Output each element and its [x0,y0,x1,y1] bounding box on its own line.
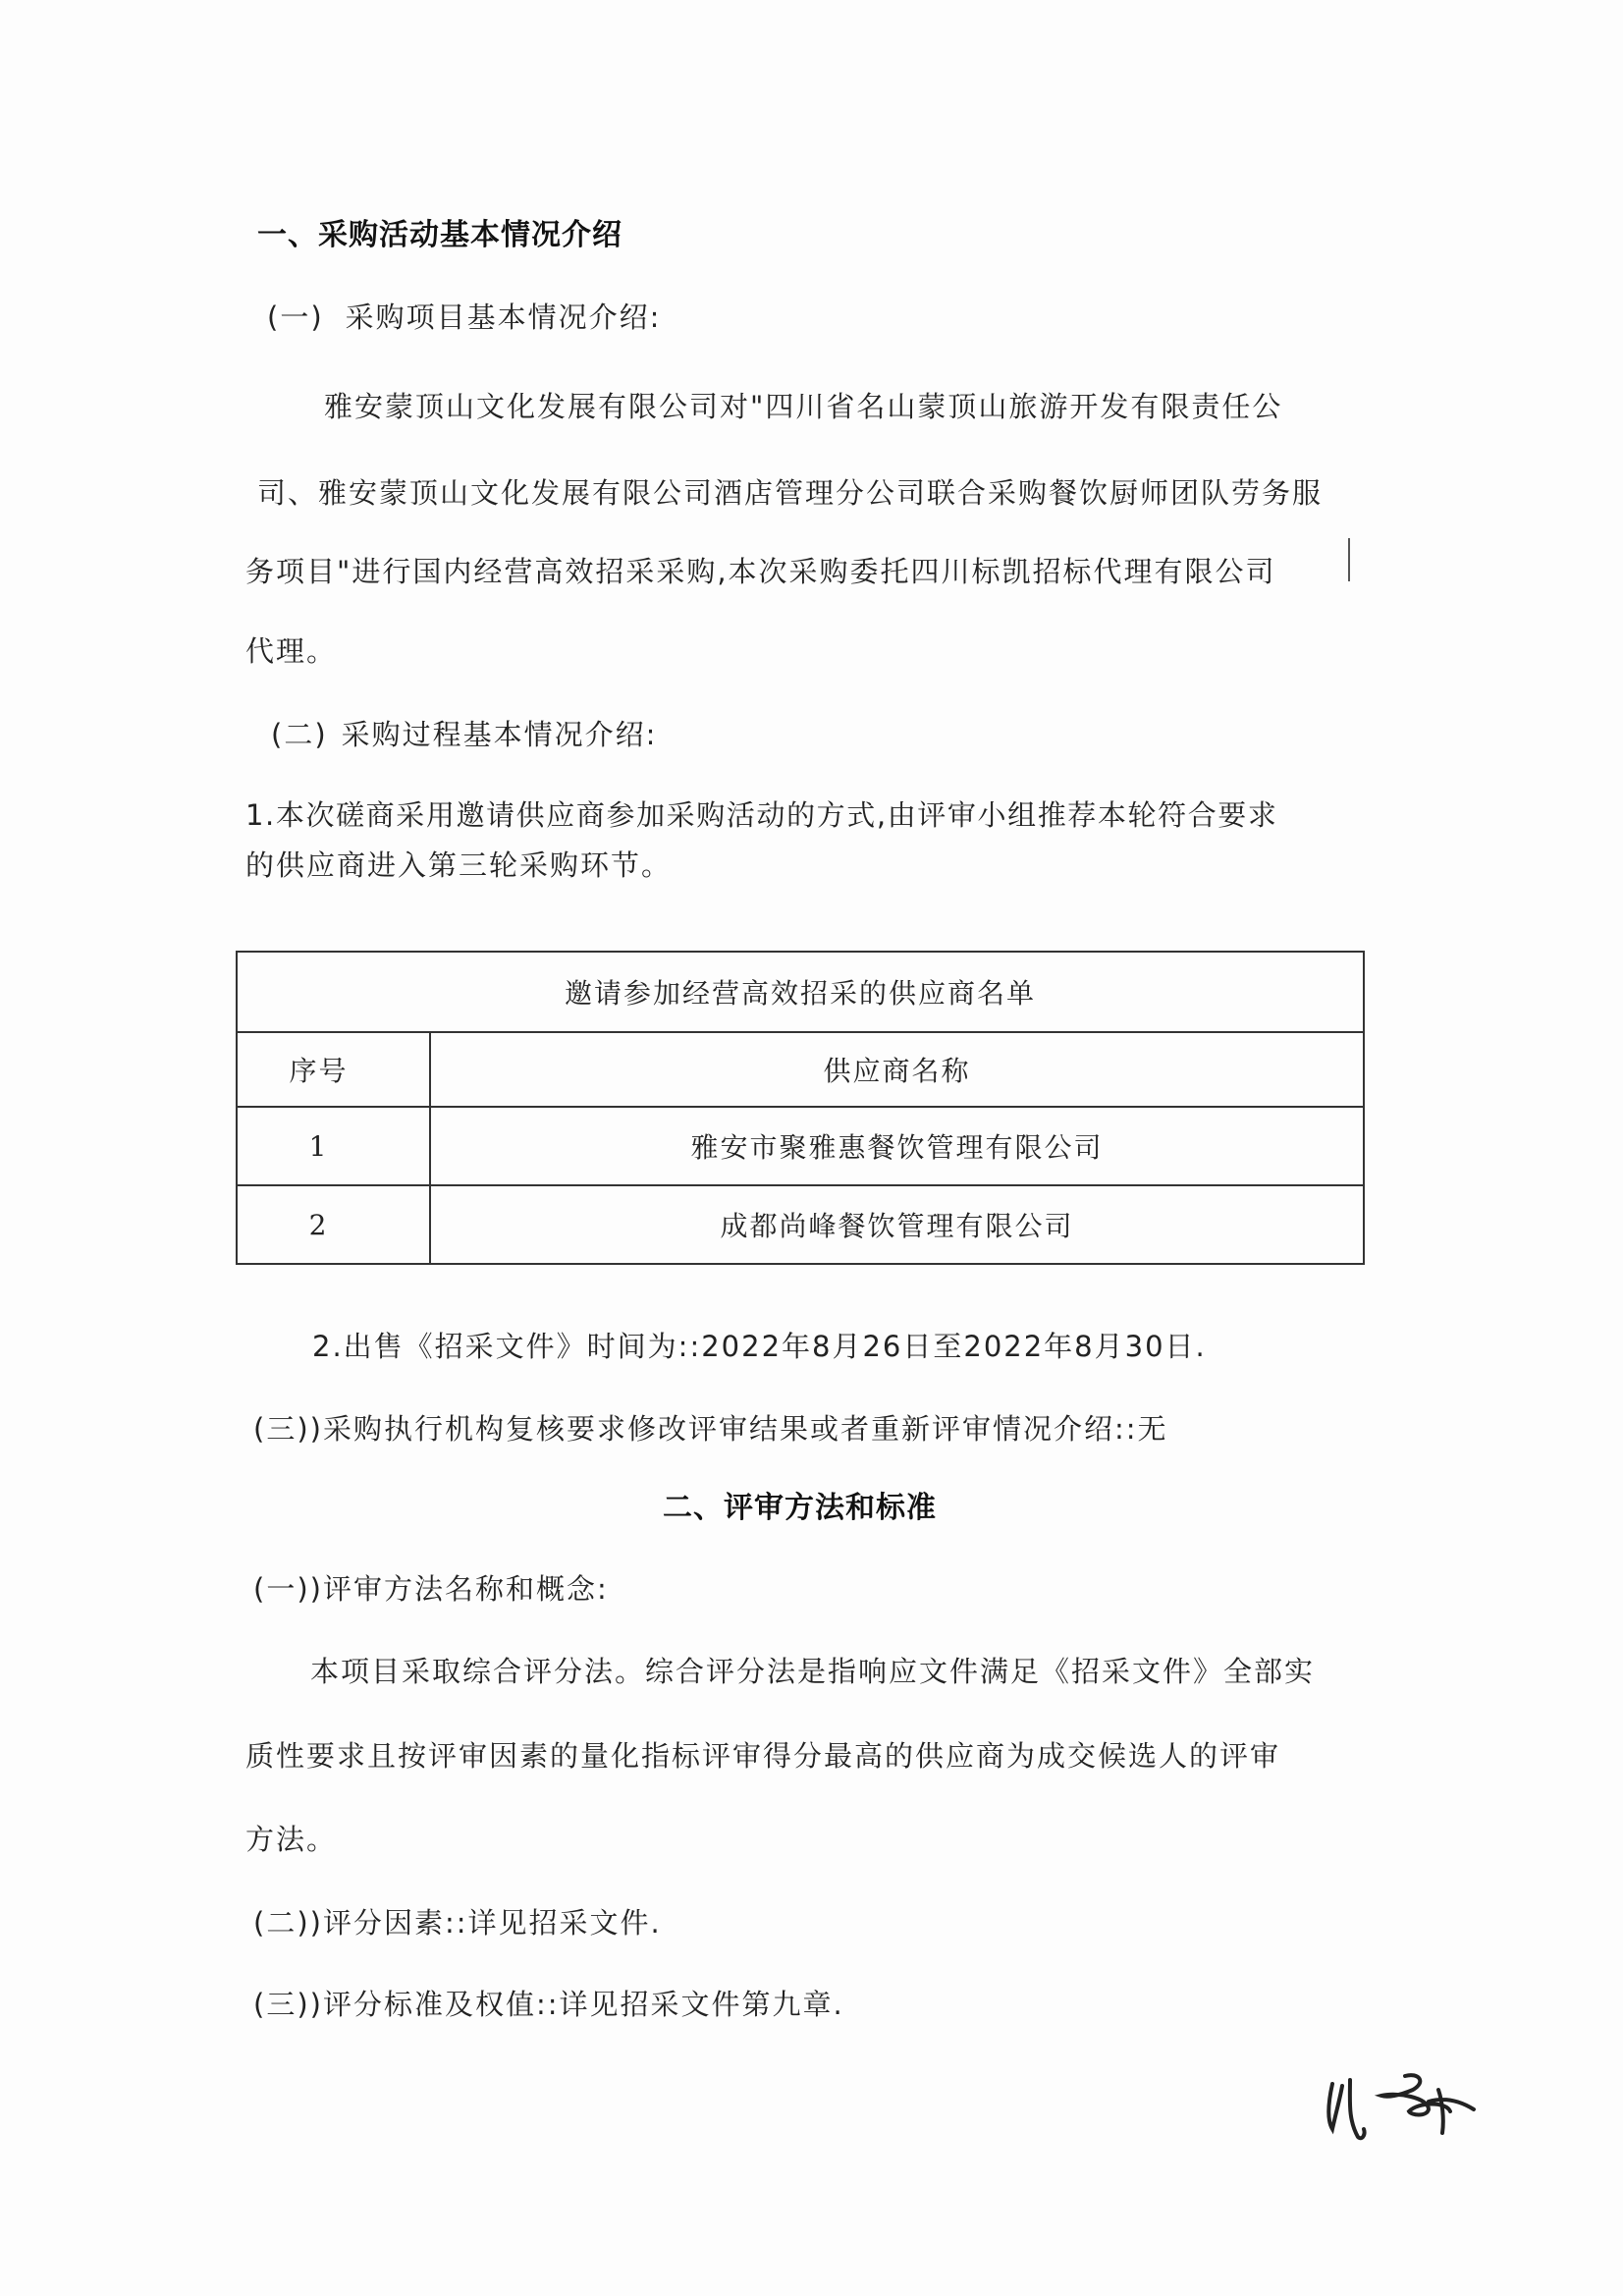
table-row: 1 雅安市聚雅惠餐饮管理有限公司 [237,1107,1364,1185]
section1-para-line-1: 雅安蒙顶山文化发展有限公司对"四川省名山蒙顶山旅游开发有限责任公 [324,389,1282,424]
section2-para-line-3: 方法。 [245,1822,337,1857]
table-header-index: 序号 [237,1032,430,1107]
section2-para-line-2: 质性要求且按评审因素的量化指标评审得分最高的供应商为成交候选人的评审 [245,1738,1280,1774]
section1-sub2-title: 采购过程基本情况介绍: [342,718,658,751]
supplier-table: 邀请参加经营高效招采的供应商名单 序号 供应商名称 1 雅安市聚雅惠餐饮管理有限… [236,951,1365,1265]
section1-para-line-4: 代理。 [245,633,337,669]
section1-sub1: (一)采购项目基本情况介绍: [267,300,661,335]
table-cell-index: 1 [237,1107,430,1185]
section1-item2: 2.出售《招采文件》时间为::2022年8月26日至2022年8月30日. [312,1329,1207,1364]
section1-sub1-title: 采购项目基本情况介绍: [346,301,662,334]
section2-sub3: (三))评分标准及权值::详见招采文件第九章. [253,1987,844,2022]
table-cell-index: 2 [237,1185,430,1264]
table-header-name: 供应商名称 [430,1032,1364,1107]
section2-heading: 二、评审方法和标准 [663,1491,937,1526]
section1-para-line-2: 司、雅安蒙顶山文化发展有限公司酒店管理分公司联合采购餐饮厨师团队劳务服 [257,475,1323,511]
section1-heading: 一、采购活动基本情况介绍 [257,218,622,253]
document-page: 一、采购活动基本情况介绍 (一)采购项目基本情况介绍: 雅安蒙顶山文化发展有限公… [0,0,1623,2296]
section1-sub2-label: (二) [271,718,328,751]
table-row: 2 成都尚峰餐饮管理有限公司 [237,1185,1364,1264]
section2-para-line-1: 本项目采取综合评分法。综合评分法是指响应文件满足《招采文件》全部实 [310,1654,1315,1689]
table-cell-name: 成都尚峰餐饮管理有限公司 [430,1185,1364,1264]
section2-sub2: (二))评分因素::详见招采文件. [253,1905,662,1941]
section1-sub3: (三))采购执行机构复核要求修改评审结果或者重新评审情况介绍::无 [253,1411,1167,1447]
scan-mark [1348,538,1350,581]
section1-para-line-3: 务项目"进行国内经营高效招采采购,本次采购委托四川标凯招标代理有限公司 [245,554,1276,589]
table-cell-name: 雅安市聚雅惠餐饮管理有限公司 [430,1107,1364,1185]
signature-icon [1281,2072,1488,2180]
section1-sub2: (二)采购过程基本情况介绍: [271,717,657,752]
section1-sub1-label: (一) [267,301,324,334]
section2-sub1: (一))评审方法名称和概念: [253,1571,609,1607]
table-title: 邀请参加经营高效招采的供应商名单 [237,952,1364,1032]
section1-item1-line-1: 1.本次磋商采用邀请供应商参加采购活动的方式,由评审小组推荐本轮符合要求 [245,797,1278,833]
section1-item1-line-2: 的供应商进入第三轮采购环节。 [245,847,672,883]
